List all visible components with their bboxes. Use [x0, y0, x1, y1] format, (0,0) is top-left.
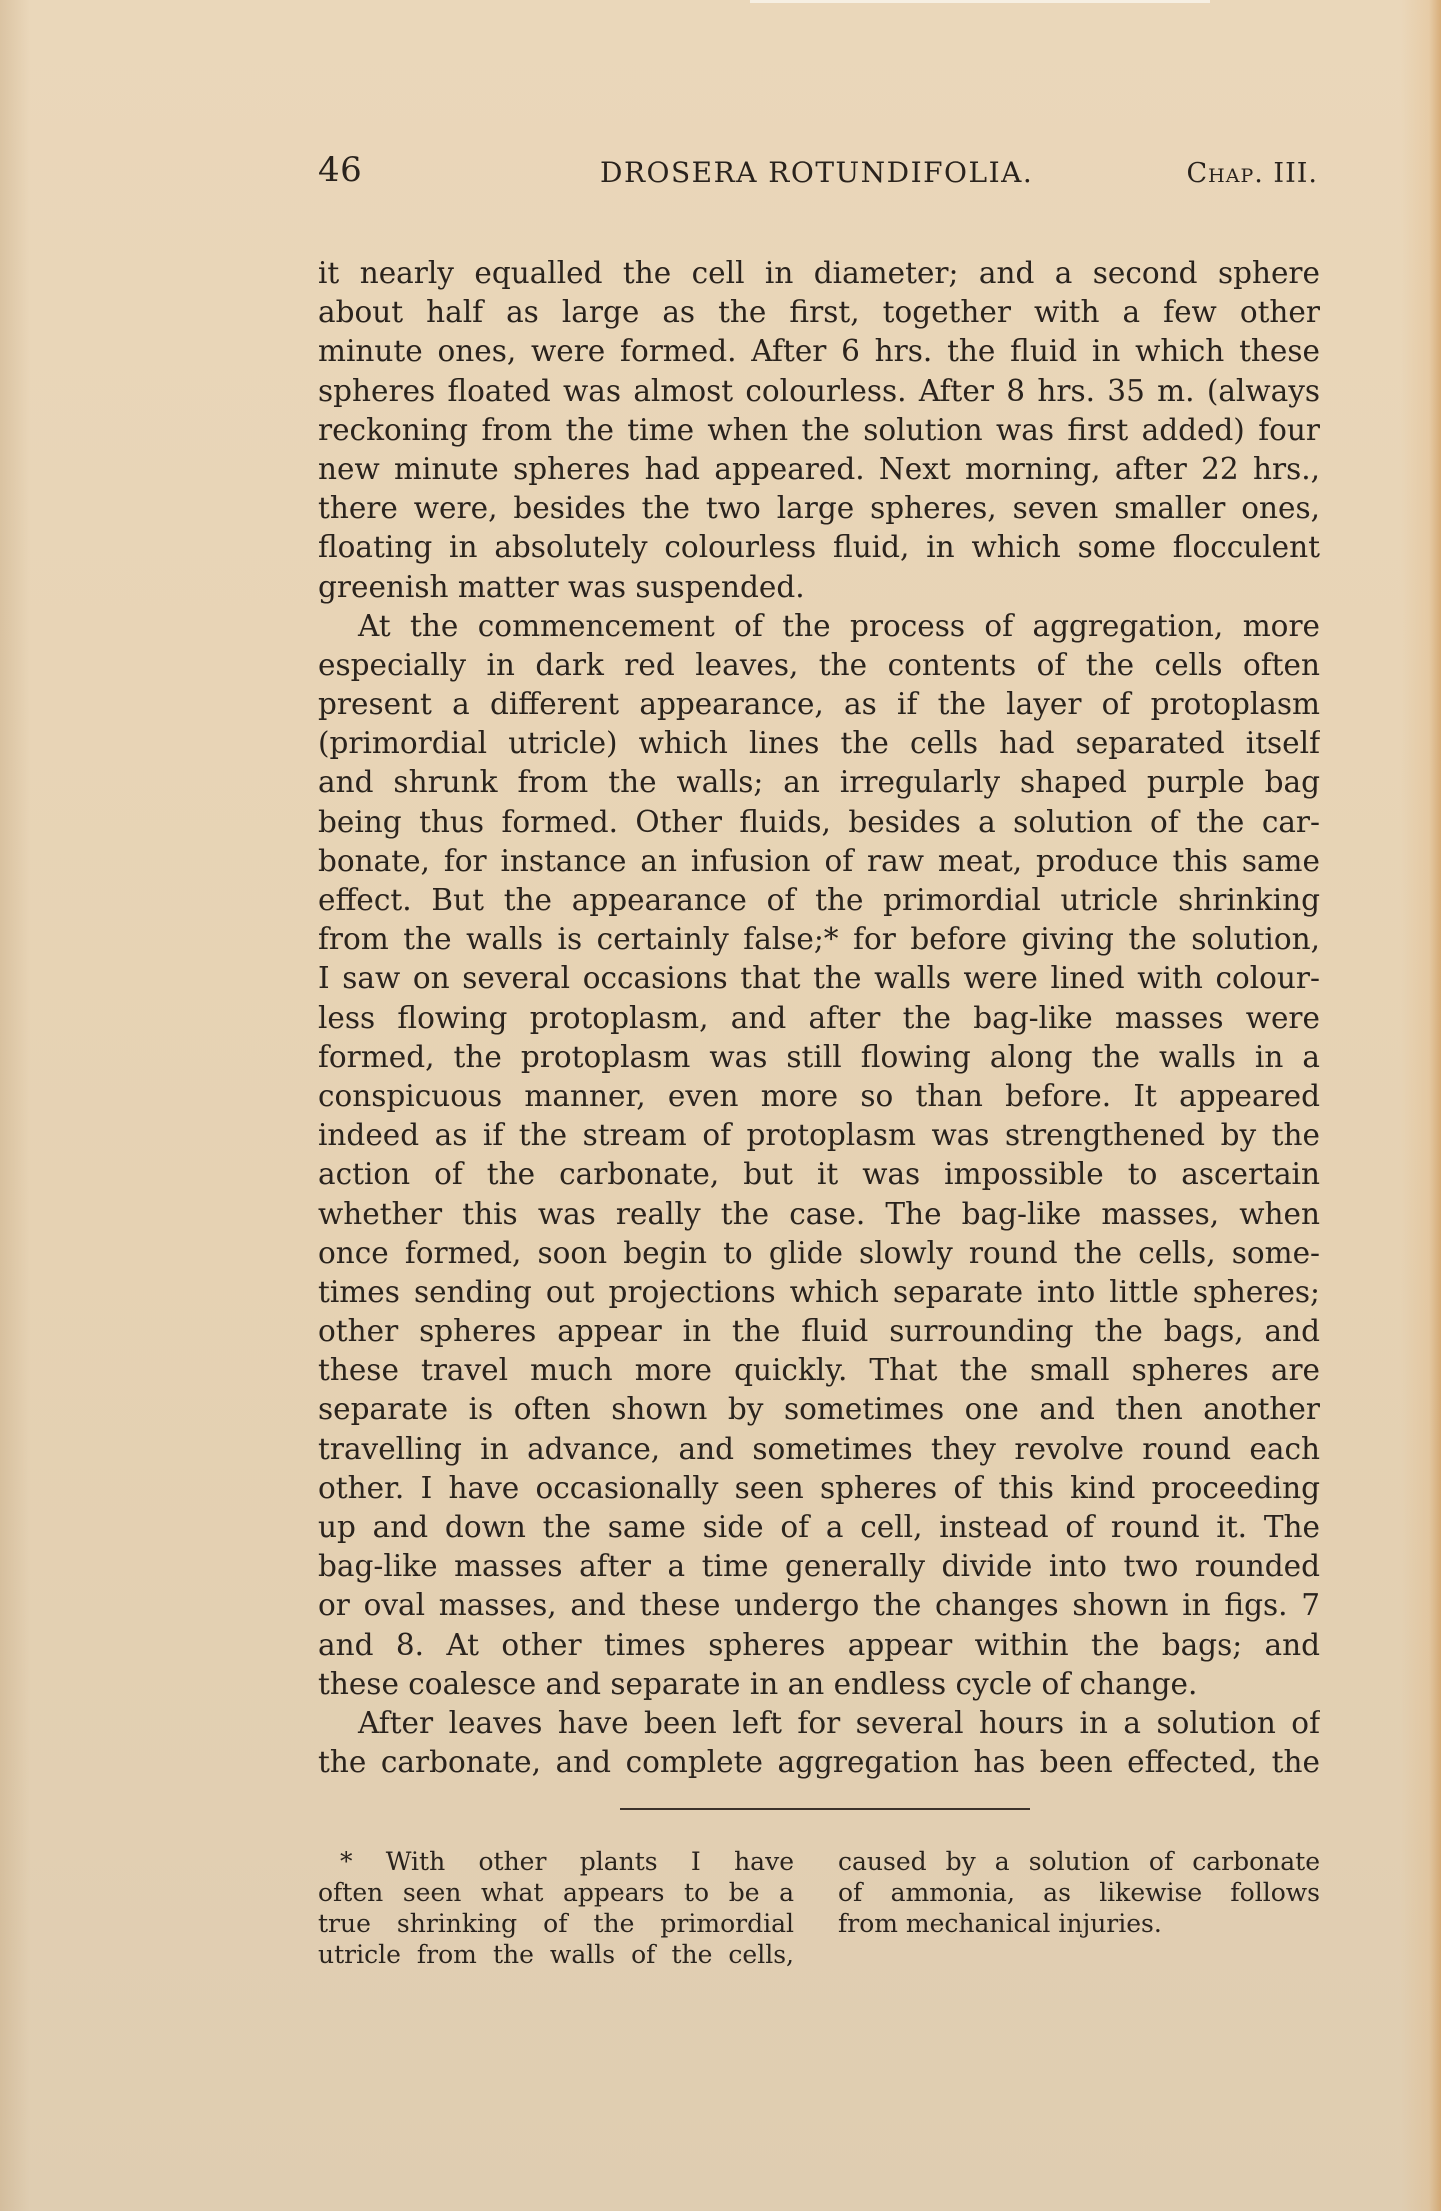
- footnote-line: from mechanical injuries.: [838, 1908, 1320, 1939]
- text-line: formed, the protoplasm was still flowing…: [318, 1038, 1320, 1077]
- text-line: these coalesce and separate in an endles…: [318, 1665, 1320, 1704]
- text-line: other spheres appear in the fluid surrou…: [318, 1312, 1320, 1351]
- text-line: less flowing protoplasm, and after the b…: [318, 999, 1320, 1038]
- text-line: (primordial utricle) which lines the cel…: [318, 724, 1320, 763]
- text-line: separate is often shown by sometimes one…: [318, 1390, 1320, 1429]
- text-line: up and down the same side of a cell, ins…: [318, 1508, 1320, 1547]
- paragraph-start-line: After leaves have been left for several …: [318, 1704, 1320, 1743]
- text-line: effect. But the appearance of the primor…: [318, 881, 1320, 920]
- running-head: 46 DROSERA ROTUNDIFOLIA. Chap. III.: [318, 150, 1320, 200]
- footnote-line: true shrinking of the primordial: [318, 1908, 794, 1939]
- text-line: minute ones, were formed. After 6 hrs. t…: [318, 332, 1320, 371]
- text-line: from the walls is certainly false;* for …: [318, 920, 1320, 959]
- text-line: and 8. At other times spheres appear wit…: [318, 1626, 1320, 1665]
- text-line: these travel much more quickly. That the…: [318, 1351, 1320, 1390]
- text-line: about half as large as the first, togeth…: [318, 293, 1320, 332]
- text-line: whether this was really the case. The ba…: [318, 1195, 1320, 1234]
- page-number: 46: [318, 150, 362, 190]
- text-line: or oval masses, and these undergo the ch…: [318, 1586, 1320, 1625]
- scan-top-strip: [750, 0, 1210, 3]
- text-line: and shrunk from the walls; an irregularl…: [318, 763, 1320, 802]
- footnote-column-right: caused by a solution of carbonate of amm…: [838, 1846, 1320, 1939]
- text-line: floating in absolutely colourless fluid,…: [318, 528, 1320, 567]
- footnote-line: * With other plants I have: [318, 1846, 794, 1877]
- text-line: bag-like masses after a time generally d…: [318, 1547, 1320, 1586]
- text-line: there were, besides the two large sphere…: [318, 489, 1320, 528]
- footnote-line: of ammonia, as likewise follows: [838, 1877, 1320, 1908]
- text-line: new minute spheres had appeared. Next mo…: [318, 450, 1320, 489]
- text-line: action of the carbonate, but it was impo…: [318, 1155, 1320, 1194]
- text-line: bonate, for instance an infusion of raw …: [318, 842, 1320, 881]
- text-line: reckoning from the time when the solutio…: [318, 411, 1320, 450]
- text-line: present a different appearance, as if th…: [318, 685, 1320, 724]
- footnote-line: utricle from the walls of the cells,: [318, 1939, 794, 1970]
- text-line: I saw on several occasions that the wall…: [318, 959, 1320, 998]
- text-line: being thus formed. Other fluids, besides…: [318, 803, 1320, 842]
- text-line: indeed as if the stream of protoplasm wa…: [318, 1116, 1320, 1155]
- footnote-line: often seen what appears to be a: [318, 1877, 794, 1908]
- text-line: other. I have occasionally seen spheres …: [318, 1469, 1320, 1508]
- book-page: 46 DROSERA ROTUNDIFOLIA. Chap. III. it n…: [0, 0, 1441, 2211]
- text-line: especially in dark red leaves, the conte…: [318, 646, 1320, 685]
- text-line: greenish matter was suspended.: [318, 568, 1320, 607]
- footnote-rule: [620, 1808, 1030, 1810]
- footnote-line: caused by a solution of carbonate: [838, 1846, 1320, 1877]
- text-line: conspicuous manner, even more so than be…: [318, 1077, 1320, 1116]
- text-line: times sending out projections which sepa…: [318, 1273, 1320, 1312]
- body-text: it nearly equalled the cell in diameter;…: [318, 254, 1320, 1782]
- paragraph-start-line: At the commencement of the process of ag…: [318, 607, 1320, 646]
- running-title: DROSERA ROTUNDIFOLIA.: [600, 156, 1033, 189]
- text-line: once formed, soon begin to glide slowly …: [318, 1234, 1320, 1273]
- text-line: spheres floated was almost colourless. A…: [318, 372, 1320, 411]
- text-line: travelling in advance, and sometimes the…: [318, 1430, 1320, 1469]
- text-line: the carbonate, and complete aggregation …: [318, 1743, 1320, 1782]
- footnote-column-left: * With other plants I have often seen wh…: [318, 1846, 794, 1970]
- text-line: it nearly equalled the cell in diameter;…: [318, 254, 1320, 293]
- chapter-label: Chap. III.: [1187, 158, 1318, 189]
